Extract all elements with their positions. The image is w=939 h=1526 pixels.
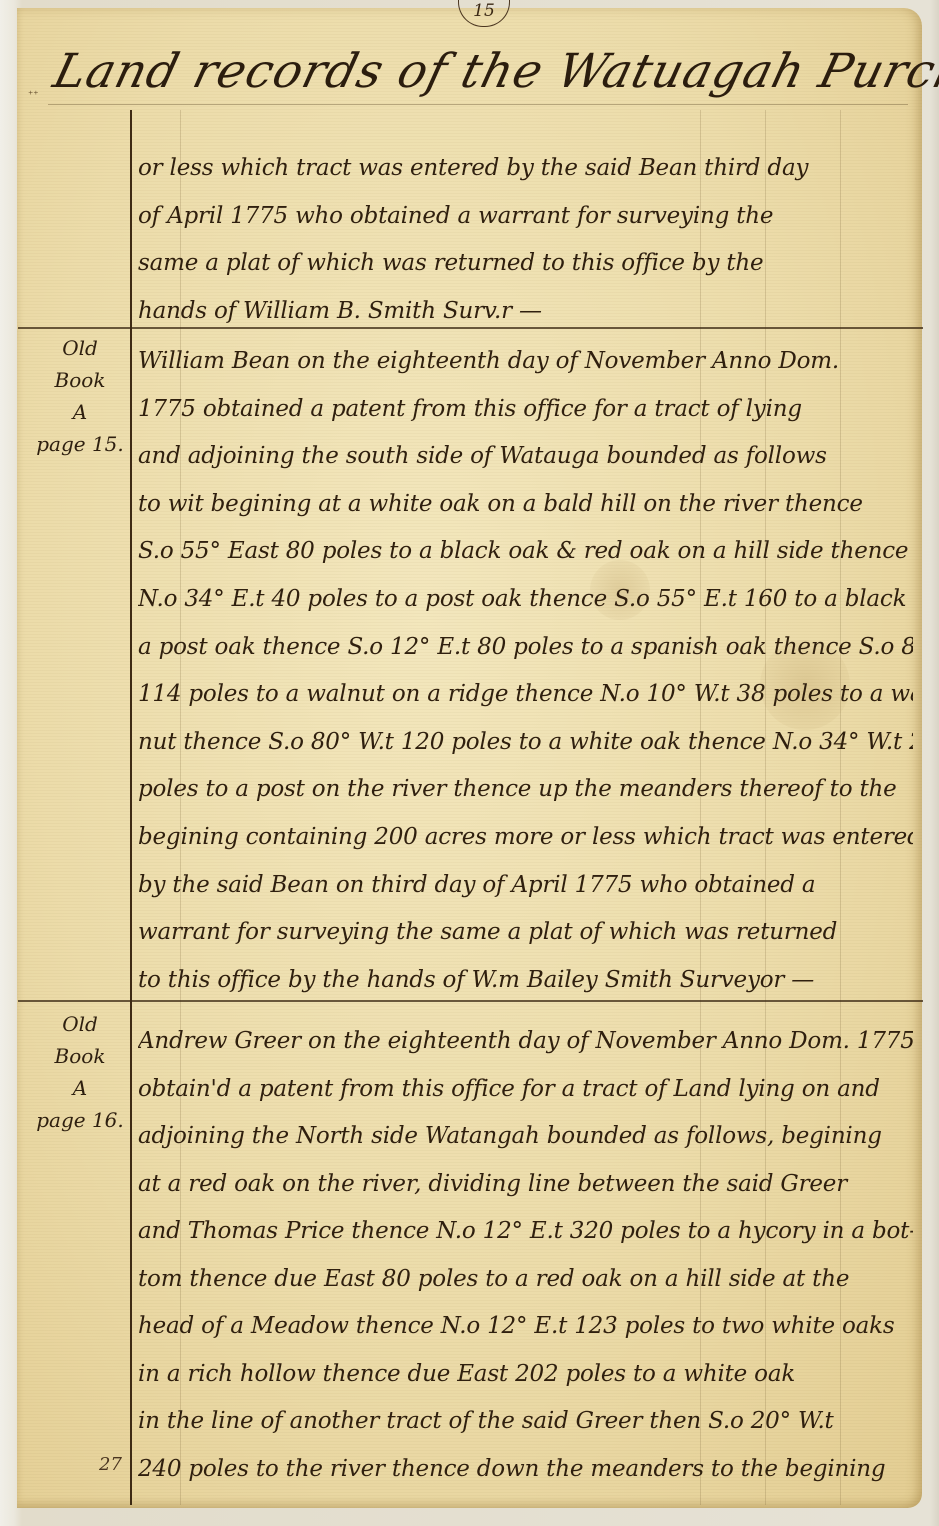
page-title: Land records of the Watuagah Purchase [48,44,922,99]
entry-line: of April 1775 who obtained a warrant for… [138,193,913,241]
entry-line: hands of William B. Smith Surv.r — [138,288,913,336]
margin-note-line: A [34,396,126,428]
margin-note-line: A [34,1072,126,1104]
margin-tally: 27 [99,1454,122,1475]
margin-reference-old-book-a-page-16: Old Book A page 16. [34,1008,126,1136]
margin-note-line: page 16. [34,1104,126,1136]
entry-line: begining containing 200 acres more or le… [138,814,913,862]
entry-william-bean: William Bean on the eighteenth day of No… [138,338,913,1004]
entry-line: or less which tract was entered by the s… [138,145,913,193]
title-underline [48,104,908,105]
entry-line: same a plat of which was returned to thi… [138,240,913,288]
entry-line: at a red oak on the river, dividing line… [138,1161,913,1209]
entry-continuation: or less which tract was entered by the s… [138,145,913,335]
entry-line: William Bean on the eighteenth day of No… [138,338,913,386]
entry-line: 240 poles to the river thence down the m… [138,1446,913,1494]
entry-line: poles to a post on the river thence up t… [138,766,913,814]
entry-line: N.o 34° E.t 40 poles to a post oak thenc… [138,576,913,624]
entry-line: in the line of another tract of the said… [138,1398,913,1446]
corner-mark: ⁺⁺ [28,90,39,101]
entry-line: in a rich hollow thence due East 202 pol… [138,1351,913,1399]
entry-line: a post oak thence S.o 12° E.t 80 poles t… [138,624,913,672]
entry-line: obtain'd a patent from this office for a… [138,1066,913,1114]
entry-line: 1775 obtained a patent from this office … [138,386,913,434]
entry-line: Andrew Greer on the eighteenth day of No… [138,1018,913,1066]
entry-line: warrant for surveying the same a plat of… [138,909,913,957]
entry-line: 114 poles to a walnut on a ridge thence … [138,671,913,719]
entry-line: nut thence S.o 80° W.t 120 poles to a wh… [138,719,913,767]
entry-line: head of a Meadow thence N.o 12° E.t 123 … [138,1303,913,1351]
margin-note-line: page 15. [34,428,126,460]
entry-line: and Thomas Price thence N.o 12° E.t 320 … [138,1208,913,1256]
entry-line: to this office by the hands of W.m Baile… [138,957,913,1005]
entry-line: to wit begining at a white oak on a bald… [138,481,913,529]
margin-note-line: Old Book [34,332,126,396]
margin-column-rule [130,110,132,1505]
entry-andrew-greer: Andrew Greer on the eighteenth day of No… [138,1018,913,1493]
margin-note-line: Old Book [34,1008,126,1072]
entry-line: adjoining the North side Watangah bounde… [138,1113,913,1161]
entry-line: by the said Bean on third day of April 1… [138,862,913,910]
entry-line: tom thence due East 80 poles to a red oa… [138,1256,913,1304]
margin-reference-old-book-a-page-15: Old Book A page 15. [34,332,126,460]
entry-line: and adjoining the south side of Watauga … [138,433,913,481]
entry-line: S.o 55° East 80 poles to a black oak & r… [138,528,913,576]
